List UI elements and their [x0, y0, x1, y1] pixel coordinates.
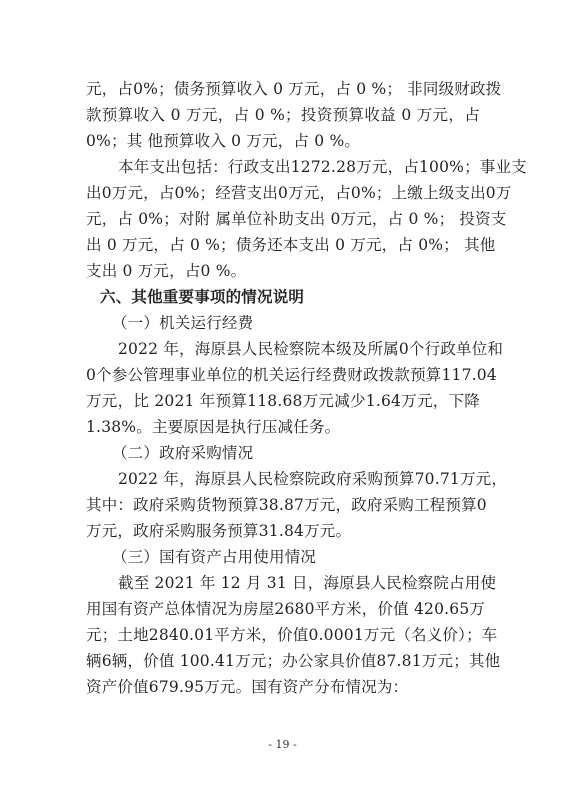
paragraph-line: 款预算收入 0 万元，占 0 %；投资预算收益 0 万元，占 [86, 102, 480, 128]
subsection-heading: （三）国有资产占用使用情况 [86, 544, 480, 570]
paragraph-line: 元，占0%；债务预算收入 0 万元，占 0 %； 非同级财政拨 [86, 76, 480, 102]
paragraph-line: 辆6辆，价值 100.41万元；办公家具价值87.81万元；其他 [86, 648, 480, 674]
paragraph-line: 2022 年，海原县人民检察院本级及所属0个行政单位和 [86, 336, 480, 362]
document-body: 元，占0%；债务预算收入 0 万元，占 0 %； 非同级财政拨 款预算收入 0 … [86, 76, 480, 700]
paragraph-line: 万元，比 2021 年预算118.68万元减少1.64万元，下降 [86, 388, 480, 414]
section-heading: 六、其他重要事项的情况说明 [86, 284, 480, 310]
paragraph-line: 2022 年，海原县人民检察院政府采购预算70.71万元， [86, 466, 480, 492]
paragraph-line: 支出 0 万元，占0 %。 [86, 258, 480, 284]
paragraph-line: 1.38%。主要原因是执行压减任务。 [86, 414, 480, 440]
paragraph-line: 资产价值679.95万元。国有资产分布情况为： [86, 674, 480, 700]
paragraph-line: 用国有资产总体情况为房屋2680平方米，价值 420.65万 [86, 596, 480, 622]
paragraph-line: 万元，政府采购服务预算31.84万元。 [86, 518, 480, 544]
subsection-heading: （一）机关运行经费 [86, 310, 480, 336]
paragraph-line: 出0万元，占0%；经营支出0万元，占0%；上缴上级支出0万 [86, 180, 480, 206]
page-number: - 19 - [0, 738, 565, 751]
paragraph-line: 其中：政府采购货物预算38.87万元，政府采购工程预算0 [86, 492, 480, 518]
paragraph-line: 出 0 万元，占 0 %；债务还本支出 0 万元，占 0%； 其他 [86, 232, 480, 258]
paragraph-line: 本年支出包括：行政支出1272.28万元，占100%；事业支 [86, 154, 480, 180]
paragraph-line: 截至 2021 年 12 月 31 日，海原县人民检察院占用使 [86, 570, 480, 596]
paragraph-line: 元，占 0%；对附 属单位补助支出 0万元，占 0 %； 投资支 [86, 206, 480, 232]
paragraph-line: 0%；其 他预算收入 0 万元，占 0 %。 [86, 128, 480, 154]
subsection-heading: （二）政府采购情况 [86, 440, 480, 466]
paragraph-line: 0个参公管理事业单位的机关运行经费财政拨款预算117.04 [86, 362, 480, 388]
paragraph-line: 元；土地2840.01平方米，价值0.0001万元（名义价）；车 [86, 622, 480, 648]
